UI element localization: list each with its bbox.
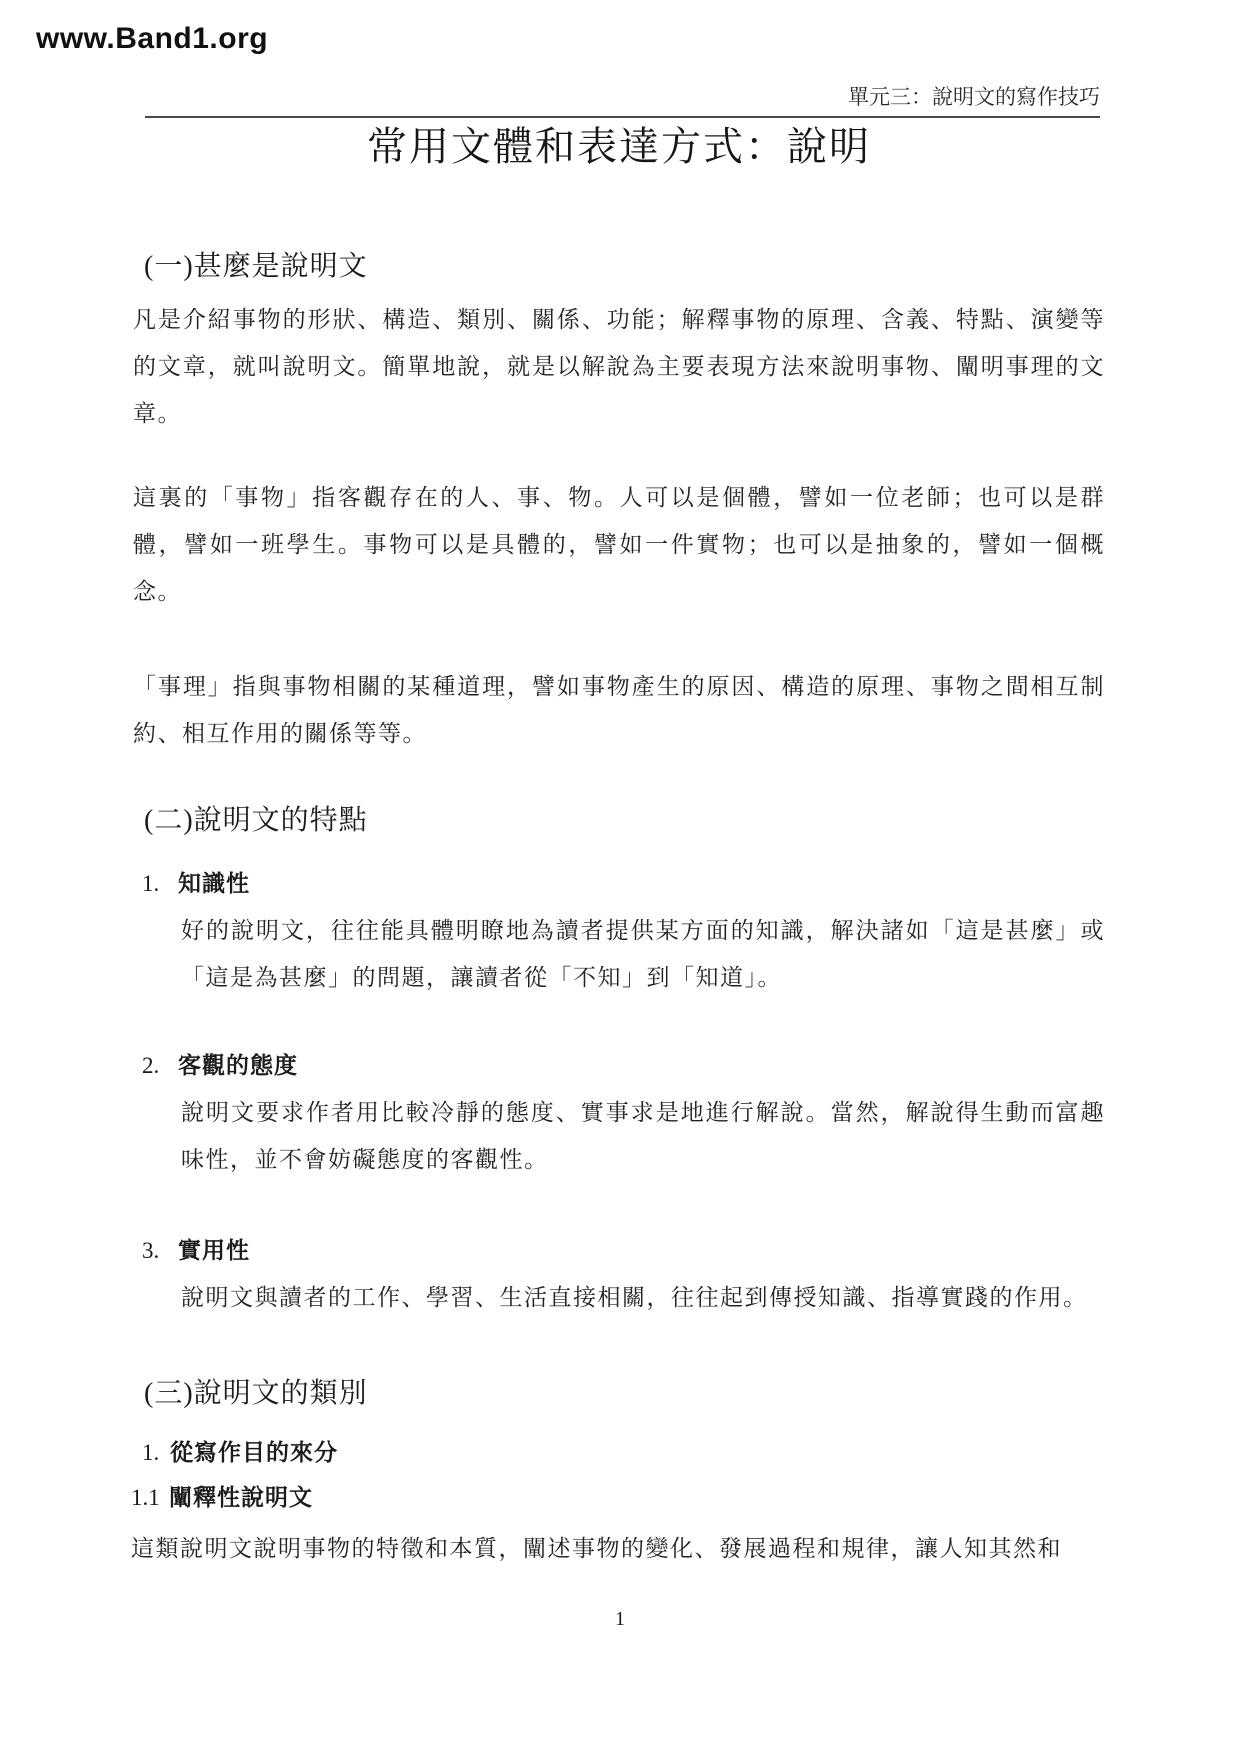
unit-label: 單元三：說明文的寫作技巧	[848, 85, 1100, 109]
list-item-heading: 1.知識性	[133, 867, 1105, 900]
document-header: 單元三：說明文的寫作技巧	[145, 84, 1100, 118]
list-item: 2.客觀的態度 說明文要求作者用比較冷靜的態度、實事求是地進行解說。當然，解說得…	[133, 1049, 1105, 1183]
list-item-heading: 3.實用性	[133, 1234, 1105, 1267]
paragraph: 這類說明文說明事物的特徵和本質，闡述事物的變化、發展過程和規律，讓人知其然和	[131, 1525, 1107, 1572]
list-item: 3.實用性 說明文與讀者的工作、學習、生活直接相關，往往起到傳授知識、指導實踐的…	[133, 1234, 1105, 1321]
section-heading-3: (三)說明文的類別	[144, 1374, 368, 1414]
section-heading-2: (二)說明文的特點	[144, 801, 368, 841]
list-item-body: 說明文與讀者的工作、學習、生活直接相關，往往起到傳授知識、指導實踐的作用。	[181, 1274, 1105, 1321]
sub-heading-label: 從寫作目的來分	[170, 1440, 338, 1465]
sub-heading: 1.從寫作目的來分	[133, 1436, 338, 1469]
paragraph: 「事理」指與事物相關的某種道理，譬如事物產生的原因、構造的原理、事物之間相互制約…	[133, 663, 1105, 757]
site-url: www.Band1.org	[36, 22, 268, 56]
sub-heading-label: 闡釋性說明文	[169, 1485, 313, 1510]
page-title: 常用文體和表達方式：說明	[133, 120, 1105, 174]
document-page: www.Band1.org 單元三：說明文的寫作技巧 常用文體和表達方式：說明 …	[0, 0, 1240, 1754]
section-heading-1: (一)甚麼是說明文	[144, 247, 368, 287]
list-item-label: 客觀的態度	[178, 1053, 298, 1078]
sub-heading-number: 1.	[142, 1436, 170, 1469]
list-item-label: 實用性	[178, 1238, 250, 1263]
list-item-number: 1.	[142, 867, 178, 900]
paragraph: 這裏的「事物」指客觀存在的人、事、物。人可以是個體，譬如一位老師；也可以是群體，…	[133, 474, 1105, 615]
list-item-heading: 2.客觀的態度	[133, 1049, 1105, 1082]
list-item-body: 說明文要求作者用比較冷靜的態度、實事求是地進行解說。當然，解說得生動而富趣味性，…	[181, 1089, 1105, 1183]
sub-heading-number: 1.1	[131, 1481, 169, 1514]
list-item-number: 2.	[142, 1049, 178, 1082]
list-item-label: 知識性	[178, 871, 250, 896]
list-item: 1.知識性 好的說明文，往往能具體明瞭地為讀者提供某方面的知識，解決諸如「這是甚…	[133, 867, 1105, 1001]
page-number: 1	[0, 1606, 1240, 1632]
sub-heading: 1.1闡釋性說明文	[131, 1481, 313, 1514]
list-item-number: 3.	[142, 1234, 178, 1267]
paragraph: 凡是介紹事物的形狀、構造、類別、關係、功能；解釋事物的原理、含義、特點、演變等的…	[133, 296, 1105, 437]
list-item-body: 好的說明文，往往能具體明瞭地為讀者提供某方面的知識，解決諸如「這是甚麼」或「這是…	[181, 907, 1105, 1001]
